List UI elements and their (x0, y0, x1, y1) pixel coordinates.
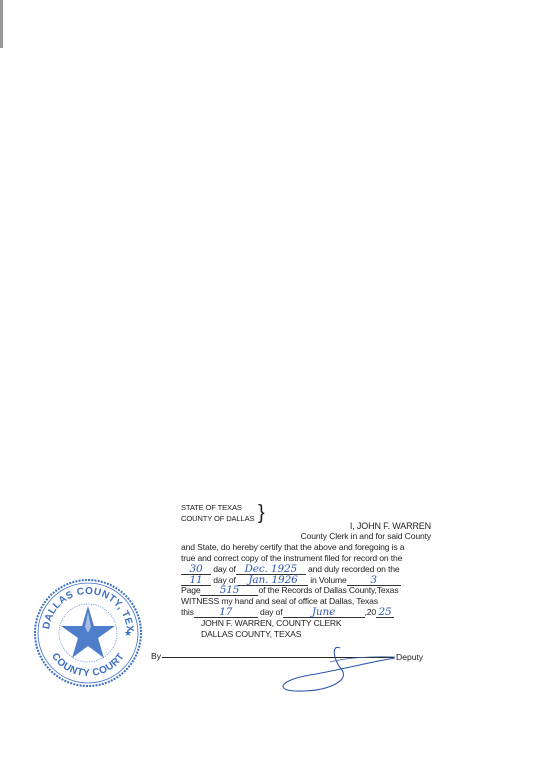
day-of-label: day of (260, 607, 283, 617)
recorded-day: 11 (181, 575, 211, 586)
recorded-line: 11 day of Jan. 1926 in Volume3 (181, 575, 431, 586)
clerk-county: DALLAS COUNTY, TEXAS (181, 629, 431, 640)
witness-month: June (283, 607, 365, 618)
by-label: By (151, 651, 161, 661)
filed-line: 30 day ofDec. 1925 and duly recorded on … (181, 564, 431, 575)
records-label: of the Records of Dallas County,Texas (258, 586, 398, 596)
deputy-label: Deputy (396, 652, 423, 662)
cert-line-3: true and correct copy of the instrument … (181, 553, 431, 564)
header-state: STATE OF TEXAS (181, 503, 431, 514)
page-line: Page515of the Records of Dallas County,T… (181, 585, 431, 596)
day-of-label: day of (213, 575, 236, 585)
recorded-month-year: Jan. 1926 (238, 575, 308, 586)
recorded-label: and duly recorded on the (308, 564, 399, 574)
cert-line-2: and State, do hereby certify that the ab… (181, 542, 431, 553)
small-star-icon: ★ (124, 628, 132, 638)
in-volume-label: in Volume (310, 575, 346, 585)
this-label: this (181, 607, 194, 617)
volume: 3 (347, 575, 401, 586)
certification-block: STATE OF TEXAS COUNTY OF DALLAS } I, JOH… (181, 503, 431, 639)
year-prefix: ,20 (365, 607, 377, 617)
page-number: 515 (200, 585, 258, 596)
witness-day: 17 (194, 607, 258, 618)
year-suffix: 25 (376, 607, 394, 618)
day-of-label: day of (213, 564, 236, 574)
county-seal: OF DALLAS COUNTY, TEXAS COUNTY COURT ★ (33, 578, 143, 688)
scan-edge-mark (0, 0, 3, 48)
deputy-signature (270, 640, 400, 695)
clerk-intro: I, JOHN F. WARREN (181, 521, 431, 532)
clerk-name: JOHN F. WARREN, COUNTY CLERK (181, 618, 431, 629)
cert-line-1: County Clerk in and for said County (181, 531, 431, 542)
this-line: this17 day ofJune,2025 (181, 607, 431, 618)
page-label: Page (181, 586, 200, 596)
